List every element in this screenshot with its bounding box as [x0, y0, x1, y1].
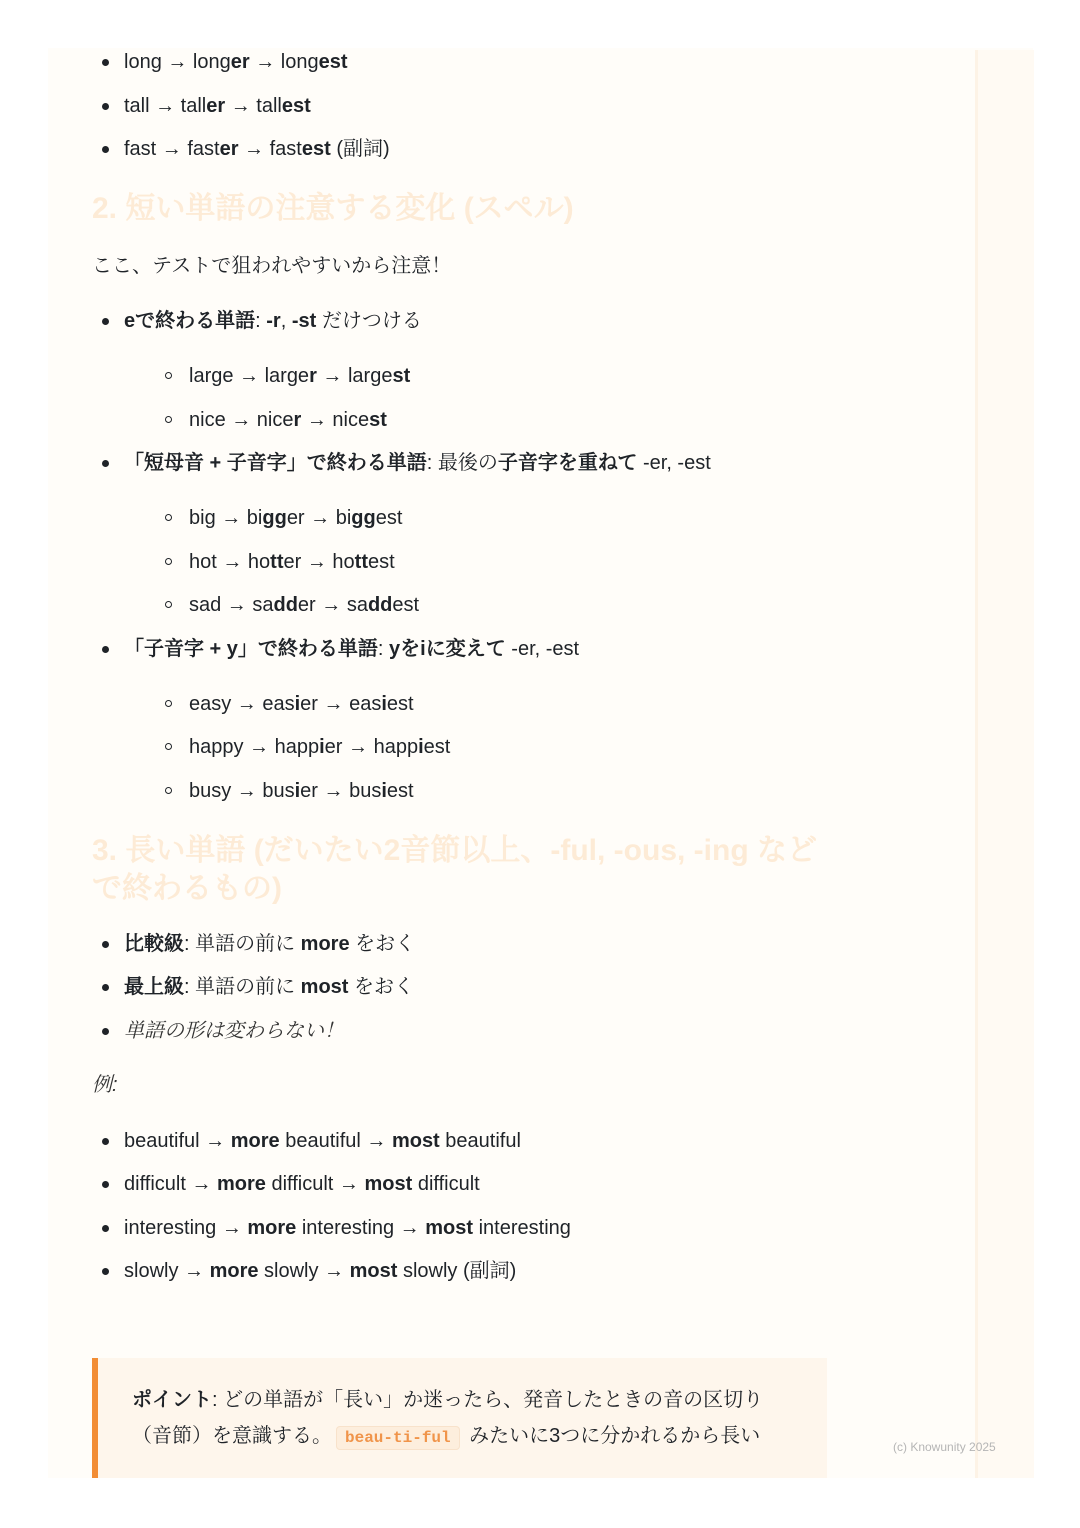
text-segment: more	[231, 1130, 280, 1152]
list-item: fast → faster → fastest (副詞)	[92, 135, 827, 163]
text-segment: er → ho	[284, 551, 355, 573]
text-segment: gg	[262, 507, 286, 529]
text-segment: : 最後の	[427, 452, 498, 474]
section-2-intro: ここ、テストで狙われやすいから注意！	[92, 252, 827, 280]
text-segment: beautiful →	[124, 1130, 231, 1152]
text-segment: more	[210, 1260, 259, 1282]
text-segment: er → eas	[300, 693, 381, 715]
text-segment: 「子音字 + y」で終わる単語	[124, 638, 378, 660]
text-segment: tall → tall	[124, 95, 206, 117]
point-callout: ポイント: どの単語が「長い」か迷ったら、発音したときの音の区切り（音節）を意識…	[92, 1358, 827, 1478]
text-segment: er	[220, 138, 239, 160]
text-segment: -er, -est	[506, 638, 579, 660]
text-segment: most	[364, 1173, 412, 1195]
text-segment: difficult →	[124, 1173, 217, 1195]
list-item: big → bigger → biggest	[124, 504, 827, 532]
rule-examples: big → bigger → biggesthot → hotter → hot…	[124, 504, 827, 619]
text-segment: dd	[273, 594, 297, 616]
text-segment: est	[387, 693, 414, 715]
text-segment: -er, -est	[637, 452, 710, 474]
text-segment: :	[378, 638, 389, 660]
rule-item: 「短母音 + 子音字」で終わる単語: 最後の子音字を重ねて -er, -estb…	[92, 449, 827, 619]
text-segment: (副詞)	[331, 138, 390, 160]
text-segment: er	[231, 51, 250, 73]
text-segment: busy → bus	[189, 780, 295, 802]
list-item: 最上級: 単語の前に most をおく	[92, 973, 827, 1001]
list-item: easy → easier → easiest	[124, 690, 827, 718]
text-segment: fast → fast	[124, 138, 220, 160]
text-segment: nice → nice	[189, 409, 294, 431]
text-segment: easy → eas	[189, 693, 295, 715]
list-item: 比較級: 単語の前に more をおく	[92, 930, 827, 958]
list-item: 単語の形は変わらない！	[92, 1017, 827, 1045]
text-segment: → long	[250, 51, 319, 73]
section-2-heading: 2. 短い単語の注意する変化 (スペル)	[92, 190, 827, 228]
text-segment: slowly →	[258, 1260, 349, 1282]
text-segment: most	[301, 976, 349, 998]
text-segment: tt	[270, 551, 283, 573]
list-item: large → larger → largest	[124, 362, 827, 390]
section-3-examples: beautiful → more beautiful → most beauti…	[92, 1127, 827, 1286]
rule-item: 「子音字 + y」で終わる単語: yをiに変えて -er, -esteasy →…	[92, 635, 827, 805]
text-segment: :	[255, 310, 266, 332]
list-item: sad → sadder → saddest	[124, 591, 827, 619]
text-segment: slowly →	[124, 1260, 210, 1282]
syllable-code: beau-ti-ful	[336, 1426, 460, 1450]
section-3-rules: 比較級: 単語の前に more をおく最上級: 単語の前に most をおく単語…	[92, 930, 827, 1045]
rule-item: eで終わる単語: -r, -st だけつけるlarge → larger → l…	[92, 307, 827, 434]
text-segment: est	[319, 51, 348, 73]
text-segment: 子音字を重ねて	[498, 452, 638, 474]
callout-label: ポイント	[132, 1389, 212, 1411]
text-segment: → fast	[239, 138, 302, 160]
list-item: slowly → more slowly → most slowly (副詞)	[92, 1257, 827, 1285]
text-segment: er → happ	[325, 736, 418, 758]
text-segment: est	[376, 507, 403, 529]
section-3-heading: 3. 長い単語 (だいたい2音節以上、-ful, -ous, -ing などで終…	[92, 832, 827, 908]
text-segment: 比較級	[124, 933, 184, 955]
list-item: tall → taller → tallest	[92, 92, 827, 120]
text-segment: 「短母音 + 子音字」で終わる単語	[124, 452, 427, 474]
text-segment: dd	[368, 594, 392, 616]
text-segment: er → bus	[300, 780, 381, 802]
top-examples-list: long → longer → longesttall → taller → t…	[92, 48, 827, 163]
rule-examples: easy → easier → easiesthappy → happier →…	[124, 690, 827, 805]
text-segment: eで終わる単語	[124, 310, 255, 332]
text-segment: est	[424, 736, 451, 758]
text-segment: : 単語の前に	[184, 933, 301, 955]
list-item: beautiful → more beautiful → most beauti…	[92, 1127, 827, 1155]
list-item: happy → happier → happiest	[124, 733, 827, 761]
text-segment: large → large	[189, 365, 309, 387]
list-item: nice → nicer → nicest	[124, 406, 827, 434]
text-segment: interesting →	[124, 1217, 247, 1239]
list-item: long → longer → longest	[92, 48, 827, 76]
list-item: interesting → more interesting → most in…	[92, 1214, 827, 1242]
page-edge	[975, 50, 1034, 1478]
copyright-footer: (c) Knowunity 2025	[893, 1440, 996, 1454]
text-segment: : 単語の前に	[184, 976, 301, 998]
text-segment: → tall	[225, 95, 282, 117]
text-segment: yをiに変えて	[389, 638, 506, 660]
list-item: busy → busier → busiest	[124, 777, 827, 805]
text-segment: slowly (副詞)	[397, 1260, 516, 1282]
document-content: long → longer → longesttall → taller → t…	[92, 48, 827, 1301]
text-segment: だけつける	[316, 310, 422, 332]
text-segment: er → bi	[287, 507, 351, 529]
text-segment: -r	[266, 310, 280, 332]
text-segment: gg	[351, 507, 375, 529]
text-segment: interesting	[473, 1217, 571, 1239]
text-segment: est	[392, 594, 419, 616]
text-segment: most	[392, 1130, 440, 1152]
text-segment: → nice	[301, 409, 369, 431]
text-segment: hot → ho	[189, 551, 270, 573]
text-segment: more	[301, 933, 350, 955]
text-segment: most	[425, 1217, 473, 1239]
text-segment: more	[247, 1217, 296, 1239]
text-segment: est	[302, 138, 331, 160]
text-segment: est	[282, 95, 311, 117]
text-segment: をおく	[350, 933, 416, 955]
section-2-rules: eで終わる単語: -r, -st だけつけるlarge → larger → l…	[92, 307, 827, 805]
list-item: difficult → more difficult → most diffic…	[92, 1170, 827, 1198]
text-segment: r	[309, 365, 317, 387]
text-segment: big → bi	[189, 507, 262, 529]
text-segment: sad → sa	[189, 594, 273, 616]
text-segment: est	[387, 780, 414, 802]
text-segment: er → sa	[298, 594, 368, 616]
example-label: 例:	[92, 1071, 827, 1099]
callout-text-end: みたいに3つに分かれるから長い	[464, 1425, 761, 1447]
text-segment: est	[368, 551, 395, 573]
text-segment: most	[350, 1260, 398, 1282]
text-segment: st	[369, 409, 387, 431]
text-segment: happy → happ	[189, 736, 319, 758]
text-segment: beautiful	[440, 1130, 521, 1152]
text-segment: ,	[281, 310, 292, 332]
rule-examples: large → larger → largestnice → nicer → n…	[124, 362, 827, 434]
text-segment: difficult	[412, 1173, 479, 1195]
text-segment: → large	[317, 365, 393, 387]
text-segment: beautiful →	[280, 1130, 392, 1152]
text-segment: -st	[292, 310, 316, 332]
text-segment: tt	[355, 551, 368, 573]
text-segment: をおく	[348, 976, 414, 998]
list-item: hot → hotter → hottest	[124, 548, 827, 576]
text-segment: 単語の形は変わらない！	[124, 1020, 344, 1042]
text-segment: 最上級	[124, 976, 184, 998]
text-segment: more	[217, 1173, 266, 1195]
text-segment: er	[206, 95, 225, 117]
text-segment: interesting →	[296, 1217, 425, 1239]
text-segment: difficult →	[266, 1173, 365, 1195]
text-segment: st	[392, 365, 410, 387]
text-segment: long → long	[124, 51, 231, 73]
